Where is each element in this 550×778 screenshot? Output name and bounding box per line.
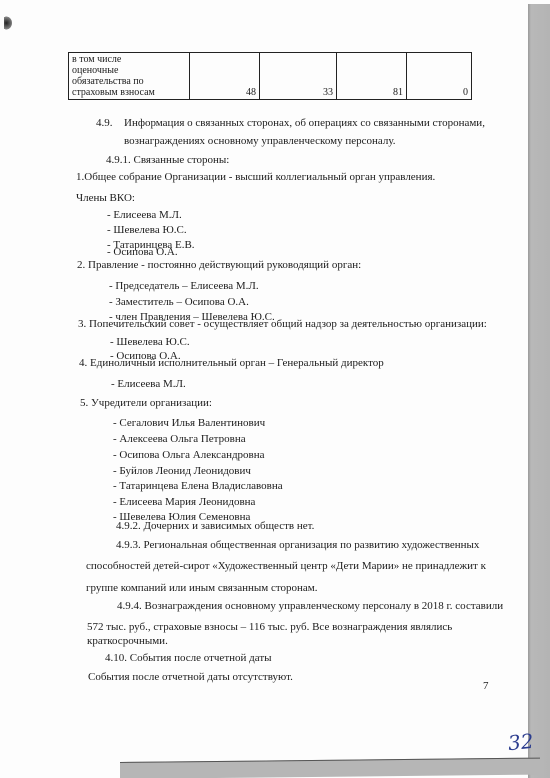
section-title: вознаграждениях основному управленческом… [124,135,396,148]
paragraph: 4.9.3. Региональная общественная организ… [116,539,479,552]
paragraph: 2. Правление - постоянно действующий рук… [77,259,361,272]
paragraph: 5. Учредители организации: [80,397,212,410]
table-row-label: в том числе оценочные обязательства по с… [69,53,190,100]
subsection-heading: 4.9.1. Связанные стороны: [106,154,229,167]
paragraph: 572 тыс. руб., страховые взносы – 116 ты… [87,621,452,634]
paragraph: группе компаний или иным связанным сторо… [86,582,318,595]
label-line: страховым взносам [72,87,186,98]
list-item: - Сегалович Илья Валентинович [113,417,265,430]
handwritten-sheet-number: 32 [507,729,535,756]
list-item: - Буйлов Леонид Леонидович [113,465,251,478]
table-cell: 0 [407,53,472,100]
scan-edge-shadow-bottom [120,758,540,778]
list-item: - Осипова О.А. [107,246,178,259]
scan-edge-shadow-right [528,4,550,778]
document-page: в том числе оценочные обязательства по с… [0,0,550,778]
list-item: - Елисеева М.Л. [111,378,186,391]
paragraph: 4.9.2. Дочерних и зависимых обществ нет. [116,520,314,533]
list-item: - Осипова Ольга Александровна [113,449,265,462]
table-cell: 81 [337,53,407,100]
list-item: - Шевелева Ю.С. [107,224,187,237]
paragraph: Члены ВКО: [76,192,135,205]
list-item: - Шевелева Ю.С. [110,336,190,349]
list-item: - Елисеева Мария Леонидовна [113,496,255,509]
section-heading: 4.10. События после отчетной даты [105,652,272,665]
section-title: Информация о связанных сторонах, об опер… [124,117,485,130]
list-item: - Алексеева Ольга Петровна [113,433,246,446]
punch-hole-mark [4,16,12,30]
paragraph: 4.9.4. Вознаграждения основному управлен… [117,600,503,613]
paragraph: краткосрочными. [87,635,168,648]
table-row: в том числе оценочные обязательства по с… [69,53,472,100]
paragraph: 1.Общее собрание Организации - высший ко… [76,171,435,184]
table-cell: 48 [190,53,260,100]
page-number: 7 [483,680,489,693]
table-cell: 33 [260,53,337,100]
paragraph: 4. Единоличный исполнительный орган – Ге… [79,357,384,370]
list-item: - Татаринцева Елена Владиславовна [113,480,283,493]
section-number: 4.9. [96,117,113,130]
paragraph: способностей детей-сирот «Художественный… [86,560,486,573]
financial-table: в том числе оценочные обязательства по с… [68,52,472,100]
list-item: - Председатель – Елисеева М.Л. [109,280,259,293]
paragraph: 3. Попечительский совет - осуществляет о… [78,318,487,331]
label-line: оценочные [72,65,186,76]
list-item: - Заместитель – Осипова О.А. [109,296,249,309]
list-item: - Елисеева М.Л. [107,209,182,222]
label-line: обязательства по [72,76,186,87]
paragraph: События после отчетной даты отсутствуют. [88,671,293,684]
label-line: в том числе [72,54,186,65]
